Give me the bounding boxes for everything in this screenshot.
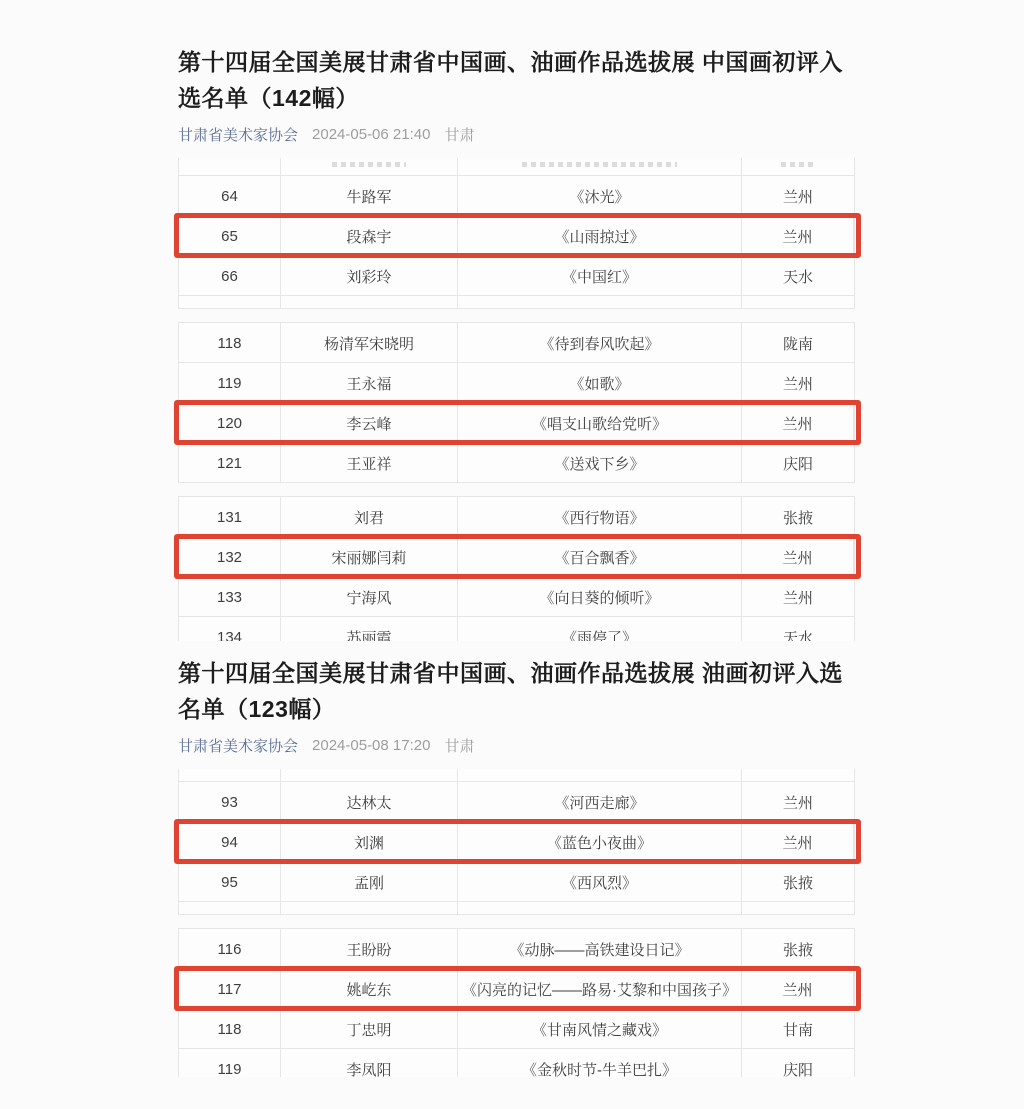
- row-city-text: 甘南: [783, 1019, 813, 1040]
- row-author: 苏丽霞: [281, 617, 458, 641]
- row-city-text: 张掖: [783, 507, 813, 528]
- row-work-title: [458, 296, 742, 309]
- row-city: 张掖: [742, 497, 854, 537]
- table-row: 118杨清军宋晓明《待到春风吹起》陇南: [179, 323, 854, 363]
- row-author: 宋丽娜闫莉: [281, 537, 458, 577]
- row-author-text: 刘渊: [354, 832, 384, 853]
- row-number-text: 93: [221, 794, 238, 811]
- row-author-text: 王亚祥: [346, 453, 391, 474]
- row-work-title-text: 《唱支山歌给党听》: [532, 413, 667, 434]
- row-city-text: 兰州: [783, 373, 813, 394]
- row-number: 94: [179, 822, 281, 862]
- row-number: 117: [179, 969, 281, 1009]
- table-row: 132宋丽娜闫莉《百合飘香》兰州: [179, 537, 854, 577]
- article-title: 第十四届全国美展甘肃省中国画、油画作品选拔展 中国画初评入选名单（142幅）: [178, 44, 855, 116]
- row-number: [179, 296, 281, 309]
- row-city: 天水: [742, 256, 854, 296]
- row-number: 120: [179, 403, 281, 443]
- row-number-text: 120: [217, 415, 242, 432]
- publish-location: 甘肃: [444, 735, 474, 756]
- row-number: [179, 158, 281, 176]
- row-work-title-text: 《山雨掠过》: [554, 226, 644, 247]
- row-number: 65: [179, 216, 281, 256]
- publish-location: 甘肃: [444, 124, 474, 145]
- row-author-text: 刘君: [354, 507, 384, 528]
- row-author-text: 达林太: [346, 792, 391, 813]
- row-city: 张掖: [742, 929, 854, 969]
- table-row: 119王永福《如歌》兰州: [179, 363, 854, 403]
- table-row: 117姚屹东《闪亮的记忆——路易·艾黎和中国孩子》兰州: [179, 969, 854, 1009]
- row-number-text: 117: [218, 981, 242, 998]
- row-author: [281, 296, 458, 309]
- row-author-text: 王盼盼: [346, 939, 391, 960]
- row-number: 131: [179, 497, 281, 537]
- row-city: 兰州: [742, 176, 854, 216]
- table-row: 120李云峰《唱支山歌给党听》兰州: [179, 403, 854, 443]
- row-author: [281, 158, 458, 176]
- publish-timestamp: 2024-05-06 21:40: [312, 126, 430, 143]
- row-city: 兰州: [742, 537, 854, 577]
- table-row: 131刘君《西行物语》张掖: [179, 497, 854, 537]
- clipped-table-row: [179, 296, 854, 309]
- byline: 甘肃省美术家协会 2024-05-08 17:20 甘肃: [178, 735, 877, 755]
- row-work-title: [458, 769, 742, 782]
- source-account-link[interactable]: 甘肃省美术家协会: [178, 124, 298, 145]
- row-author-text: 丁忠明: [346, 1019, 391, 1040]
- row-city-text: 兰州: [783, 587, 813, 608]
- row-city: 陇南: [742, 323, 854, 363]
- row-number-text: 132: [217, 549, 242, 566]
- row-author: 姚屹东: [281, 969, 458, 1009]
- row-work-title-text: 《如歌》: [569, 373, 629, 394]
- row-work-title: 《甘南风情之藏戏》: [458, 1009, 742, 1049]
- row-number-text: 133: [217, 589, 242, 606]
- row-author: 牛路军: [281, 176, 458, 216]
- row-number: 132: [179, 537, 281, 577]
- row-work-title-text: 《待到春风吹起》: [539, 333, 659, 354]
- row-author: [281, 769, 458, 782]
- row-city: 庆阳: [742, 1049, 854, 1077]
- row-city: [742, 296, 854, 309]
- faded-clipped-text: [332, 162, 406, 167]
- table-row: 94刘渊《蓝色小夜曲》兰州: [179, 822, 854, 862]
- row-city: 甘南: [742, 1009, 854, 1049]
- row-work-title: 《向日葵的倾听》: [458, 577, 742, 617]
- row-city: 兰州: [742, 363, 854, 403]
- table-row: 119李凤阳《金秋时节-牛羊巴扎》庆阳: [179, 1049, 854, 1077]
- row-author-text: 宋丽娜闫莉: [331, 547, 406, 568]
- table-row: 116王盼盼《动脉——高铁建设日记》张掖: [179, 929, 854, 969]
- row-work-title: 《中国红》: [458, 256, 742, 296]
- row-city: 兰州: [742, 969, 854, 1009]
- row-city-text: 兰州: [783, 186, 813, 207]
- table-row: 66刘彩玲《中国红》天水: [179, 256, 854, 296]
- table-row: 134苏丽霞《雨停了》天水: [179, 617, 854, 641]
- row-number: [179, 769, 281, 782]
- row-work-title: [458, 158, 742, 176]
- row-city: [742, 158, 854, 176]
- row-number: 93: [179, 782, 281, 822]
- row-author: 刘彩玲: [281, 256, 458, 296]
- row-author: 刘渊: [281, 822, 458, 862]
- row-work-title: 《蓝色小夜曲》: [458, 822, 742, 862]
- row-number-text: 64: [221, 188, 238, 205]
- row-city-text: 庆阳: [783, 453, 813, 474]
- row-number-text: 118: [218, 335, 242, 352]
- row-city-text: 天水: [783, 627, 813, 642]
- clipped-table-row: [179, 158, 854, 176]
- row-city: 兰州: [742, 403, 854, 443]
- row-author-text: 王永福: [346, 373, 391, 394]
- publish-timestamp: 2024-05-08 17:20: [312, 737, 430, 754]
- row-work-title: 《金秋时节-牛羊巴扎》: [458, 1049, 742, 1077]
- row-work-title-text: 《西行物语》: [554, 507, 644, 528]
- row-city: [742, 769, 854, 782]
- table-row: 64牛路军《沐光》兰州: [179, 176, 854, 216]
- selection-list-table: 64牛路军《沐光》兰州65段森宇《山雨掠过》兰州66刘彩玲《中国红》天水118杨…: [178, 158, 855, 641]
- table-row: 93达林太《河西走廊》兰州: [179, 782, 854, 822]
- row-number: 118: [179, 1009, 281, 1049]
- row-author: 孟刚: [281, 862, 458, 902]
- row-number-text: 121: [217, 455, 242, 472]
- row-city: 兰州: [742, 782, 854, 822]
- row-author: 王永福: [281, 363, 458, 403]
- table-row: 95孟刚《西风烈》张掖: [179, 862, 854, 902]
- row-number: 121: [179, 443, 281, 483]
- row-city-text: 兰州: [782, 832, 812, 853]
- row-work-title-text: 《沐光》: [569, 186, 629, 207]
- row-author: 杨清军宋晓明: [281, 323, 458, 363]
- row-work-title-text: 《甘南风情之藏戏》: [532, 1019, 667, 1040]
- table-segment: 116王盼盼《动脉——高铁建设日记》张掖117姚屹东《闪亮的记忆——路易·艾黎和…: [178, 928, 855, 1077]
- clipped-table-row: [179, 902, 854, 915]
- table-row: 121王亚祥《送戏下乡》庆阳: [179, 443, 854, 483]
- row-author-text: 李凤阳: [346, 1059, 391, 1078]
- row-work-title: 《如歌》: [458, 363, 742, 403]
- table-segment: 93达林太《河西走廊》兰州94刘渊《蓝色小夜曲》兰州95孟刚《西风烈》张掖: [178, 769, 855, 915]
- row-author-text: 段森宇: [346, 226, 391, 247]
- row-city-text: 兰州: [782, 413, 812, 434]
- row-work-title: 《西风烈》: [458, 862, 742, 902]
- row-work-title: 《待到春风吹起》: [458, 323, 742, 363]
- row-city: 庆阳: [742, 443, 854, 483]
- row-number-text: 119: [218, 375, 242, 392]
- row-number-text: 95: [221, 874, 238, 891]
- row-number: 66: [179, 256, 281, 296]
- row-author-text: 刘彩玲: [346, 266, 391, 287]
- row-work-title-text: 《送戏下乡》: [554, 453, 644, 474]
- row-city-text: 张掖: [783, 939, 813, 960]
- row-number-text: 118: [218, 1021, 242, 1038]
- row-city: 兰州: [742, 822, 854, 862]
- row-author-text: 苏丽霞: [346, 627, 391, 642]
- row-number: 64: [179, 176, 281, 216]
- row-number: 116: [179, 929, 281, 969]
- row-number-text: 116: [218, 941, 242, 958]
- table-segment: 131刘君《西行物语》张掖132宋丽娜闫莉《百合飘香》兰州133宁海风《向日葵的…: [178, 496, 855, 641]
- row-work-title-text: 《蓝色小夜曲》: [547, 832, 652, 853]
- row-author: 丁忠明: [281, 1009, 458, 1049]
- row-number-text: 94: [221, 834, 238, 851]
- row-work-title-text: 《动脉——高铁建设日记》: [509, 939, 689, 960]
- article-section-oil-painting: 第十四届全国美展甘肃省中国画、油画作品选拔展 油画初评入选名单（123幅） 甘肃…: [178, 655, 877, 1077]
- row-work-title: 《百合飘香》: [458, 537, 742, 577]
- row-work-title: 《河西走廊》: [458, 782, 742, 822]
- article-title: 第十四届全国美展甘肃省中国画、油画作品选拔展 油画初评入选名单（123幅）: [178, 655, 855, 727]
- row-work-title: 《闪亮的记忆——路易·艾黎和中国孩子》: [458, 969, 742, 1009]
- row-author: 王盼盼: [281, 929, 458, 969]
- row-city-text: 庆阳: [783, 1059, 813, 1078]
- faded-clipped-text: [781, 162, 815, 167]
- row-author-text: 孟刚: [354, 872, 384, 893]
- row-author-text: 杨清军宋晓明: [324, 333, 414, 354]
- article-page: 第十四届全国美展甘肃省中国画、油画作品选拔展 中国画初评入选名单（142幅） 甘…: [0, 0, 877, 1077]
- row-work-title: 《雨停了》: [458, 617, 742, 641]
- row-city-text: 兰州: [782, 226, 812, 247]
- table-segment: 64牛路军《沐光》兰州65段森宇《山雨掠过》兰州66刘彩玲《中国红》天水: [178, 158, 855, 309]
- row-work-title: 《西行物语》: [458, 497, 742, 537]
- row-city: 兰州: [742, 577, 854, 617]
- row-author-text: 李云峰: [346, 413, 391, 434]
- source-account-link[interactable]: 甘肃省美术家协会: [178, 735, 298, 756]
- row-author-text: 宁海风: [346, 587, 391, 608]
- row-work-title-text: 《河西走廊》: [554, 792, 644, 813]
- row-author: [281, 902, 458, 915]
- clipped-table-row: [179, 769, 854, 782]
- row-author: 李凤阳: [281, 1049, 458, 1077]
- faded-clipped-text: [522, 162, 678, 167]
- row-number: 95: [179, 862, 281, 902]
- row-work-title-text: 《百合飘香》: [554, 547, 644, 568]
- row-work-title-text: 《西风烈》: [562, 872, 637, 893]
- row-number-text: 131: [217, 509, 242, 526]
- table-segment: 118杨清军宋晓明《待到春风吹起》陇南119王永福《如歌》兰州120李云峰《唱支…: [178, 322, 855, 483]
- row-number-text: 65: [221, 228, 238, 245]
- row-city-text: 陇南: [783, 333, 813, 354]
- table-row: 118丁忠明《甘南风情之藏戏》甘南: [179, 1009, 854, 1049]
- row-author: 段森宇: [281, 216, 458, 256]
- row-number: 119: [179, 1049, 281, 1077]
- row-number: 134: [179, 617, 281, 641]
- row-city: 兰州: [742, 216, 854, 256]
- table-row: 133宁海风《向日葵的倾听》兰州: [179, 577, 854, 617]
- row-work-title: 《动脉——高铁建设日记》: [458, 929, 742, 969]
- row-number: 133: [179, 577, 281, 617]
- row-number: 119: [179, 363, 281, 403]
- row-author: 宁海风: [281, 577, 458, 617]
- row-number: 118: [179, 323, 281, 363]
- row-number-text: 119: [218, 1061, 242, 1078]
- row-number: [179, 902, 281, 915]
- row-city: 天水: [742, 617, 854, 641]
- row-work-title: 《山雨掠过》: [458, 216, 742, 256]
- row-author: 李云峰: [281, 403, 458, 443]
- row-city: [742, 902, 854, 915]
- row-city-text: 兰州: [783, 792, 813, 813]
- row-author: 王亚祥: [281, 443, 458, 483]
- row-author-text: 姚屹东: [346, 979, 391, 1000]
- selection-list-table: 93达林太《河西走廊》兰州94刘渊《蓝色小夜曲》兰州95孟刚《西风烈》张掖116…: [178, 769, 855, 1077]
- article-section-chinese-painting: 第十四届全国美展甘肃省中国画、油画作品选拔展 中国画初评入选名单（142幅） 甘…: [178, 44, 877, 641]
- row-city-text: 张掖: [783, 872, 813, 893]
- row-author: 达林太: [281, 782, 458, 822]
- row-work-title: 《沐光》: [458, 176, 742, 216]
- row-number-text: 134: [217, 629, 242, 642]
- row-work-title-text: 《闪亮的记忆——路易·艾黎和中国孩子》: [462, 979, 737, 1000]
- byline: 甘肃省美术家协会 2024-05-06 21:40 甘肃: [178, 124, 877, 144]
- row-work-title: 《送戏下乡》: [458, 443, 742, 483]
- row-city-text: 天水: [783, 266, 813, 287]
- row-work-title-text: 《向日葵的倾听》: [539, 587, 659, 608]
- row-work-title: 《唱支山歌给党听》: [458, 403, 742, 443]
- row-city-text: 兰州: [782, 547, 812, 568]
- row-city: 张掖: [742, 862, 854, 902]
- row-city-text: 兰州: [782, 979, 812, 1000]
- row-author: 刘君: [281, 497, 458, 537]
- row-work-title-text: 《中国红》: [562, 266, 637, 287]
- row-work-title-text: 《雨停了》: [562, 627, 637, 642]
- row-work-title: [458, 902, 742, 915]
- row-number-text: 66: [221, 268, 238, 285]
- table-row: 65段森宇《山雨掠过》兰州: [179, 216, 854, 256]
- row-author-text: 牛路军: [346, 186, 391, 207]
- row-work-title-text: 《金秋时节-牛羊巴扎》: [522, 1059, 677, 1078]
